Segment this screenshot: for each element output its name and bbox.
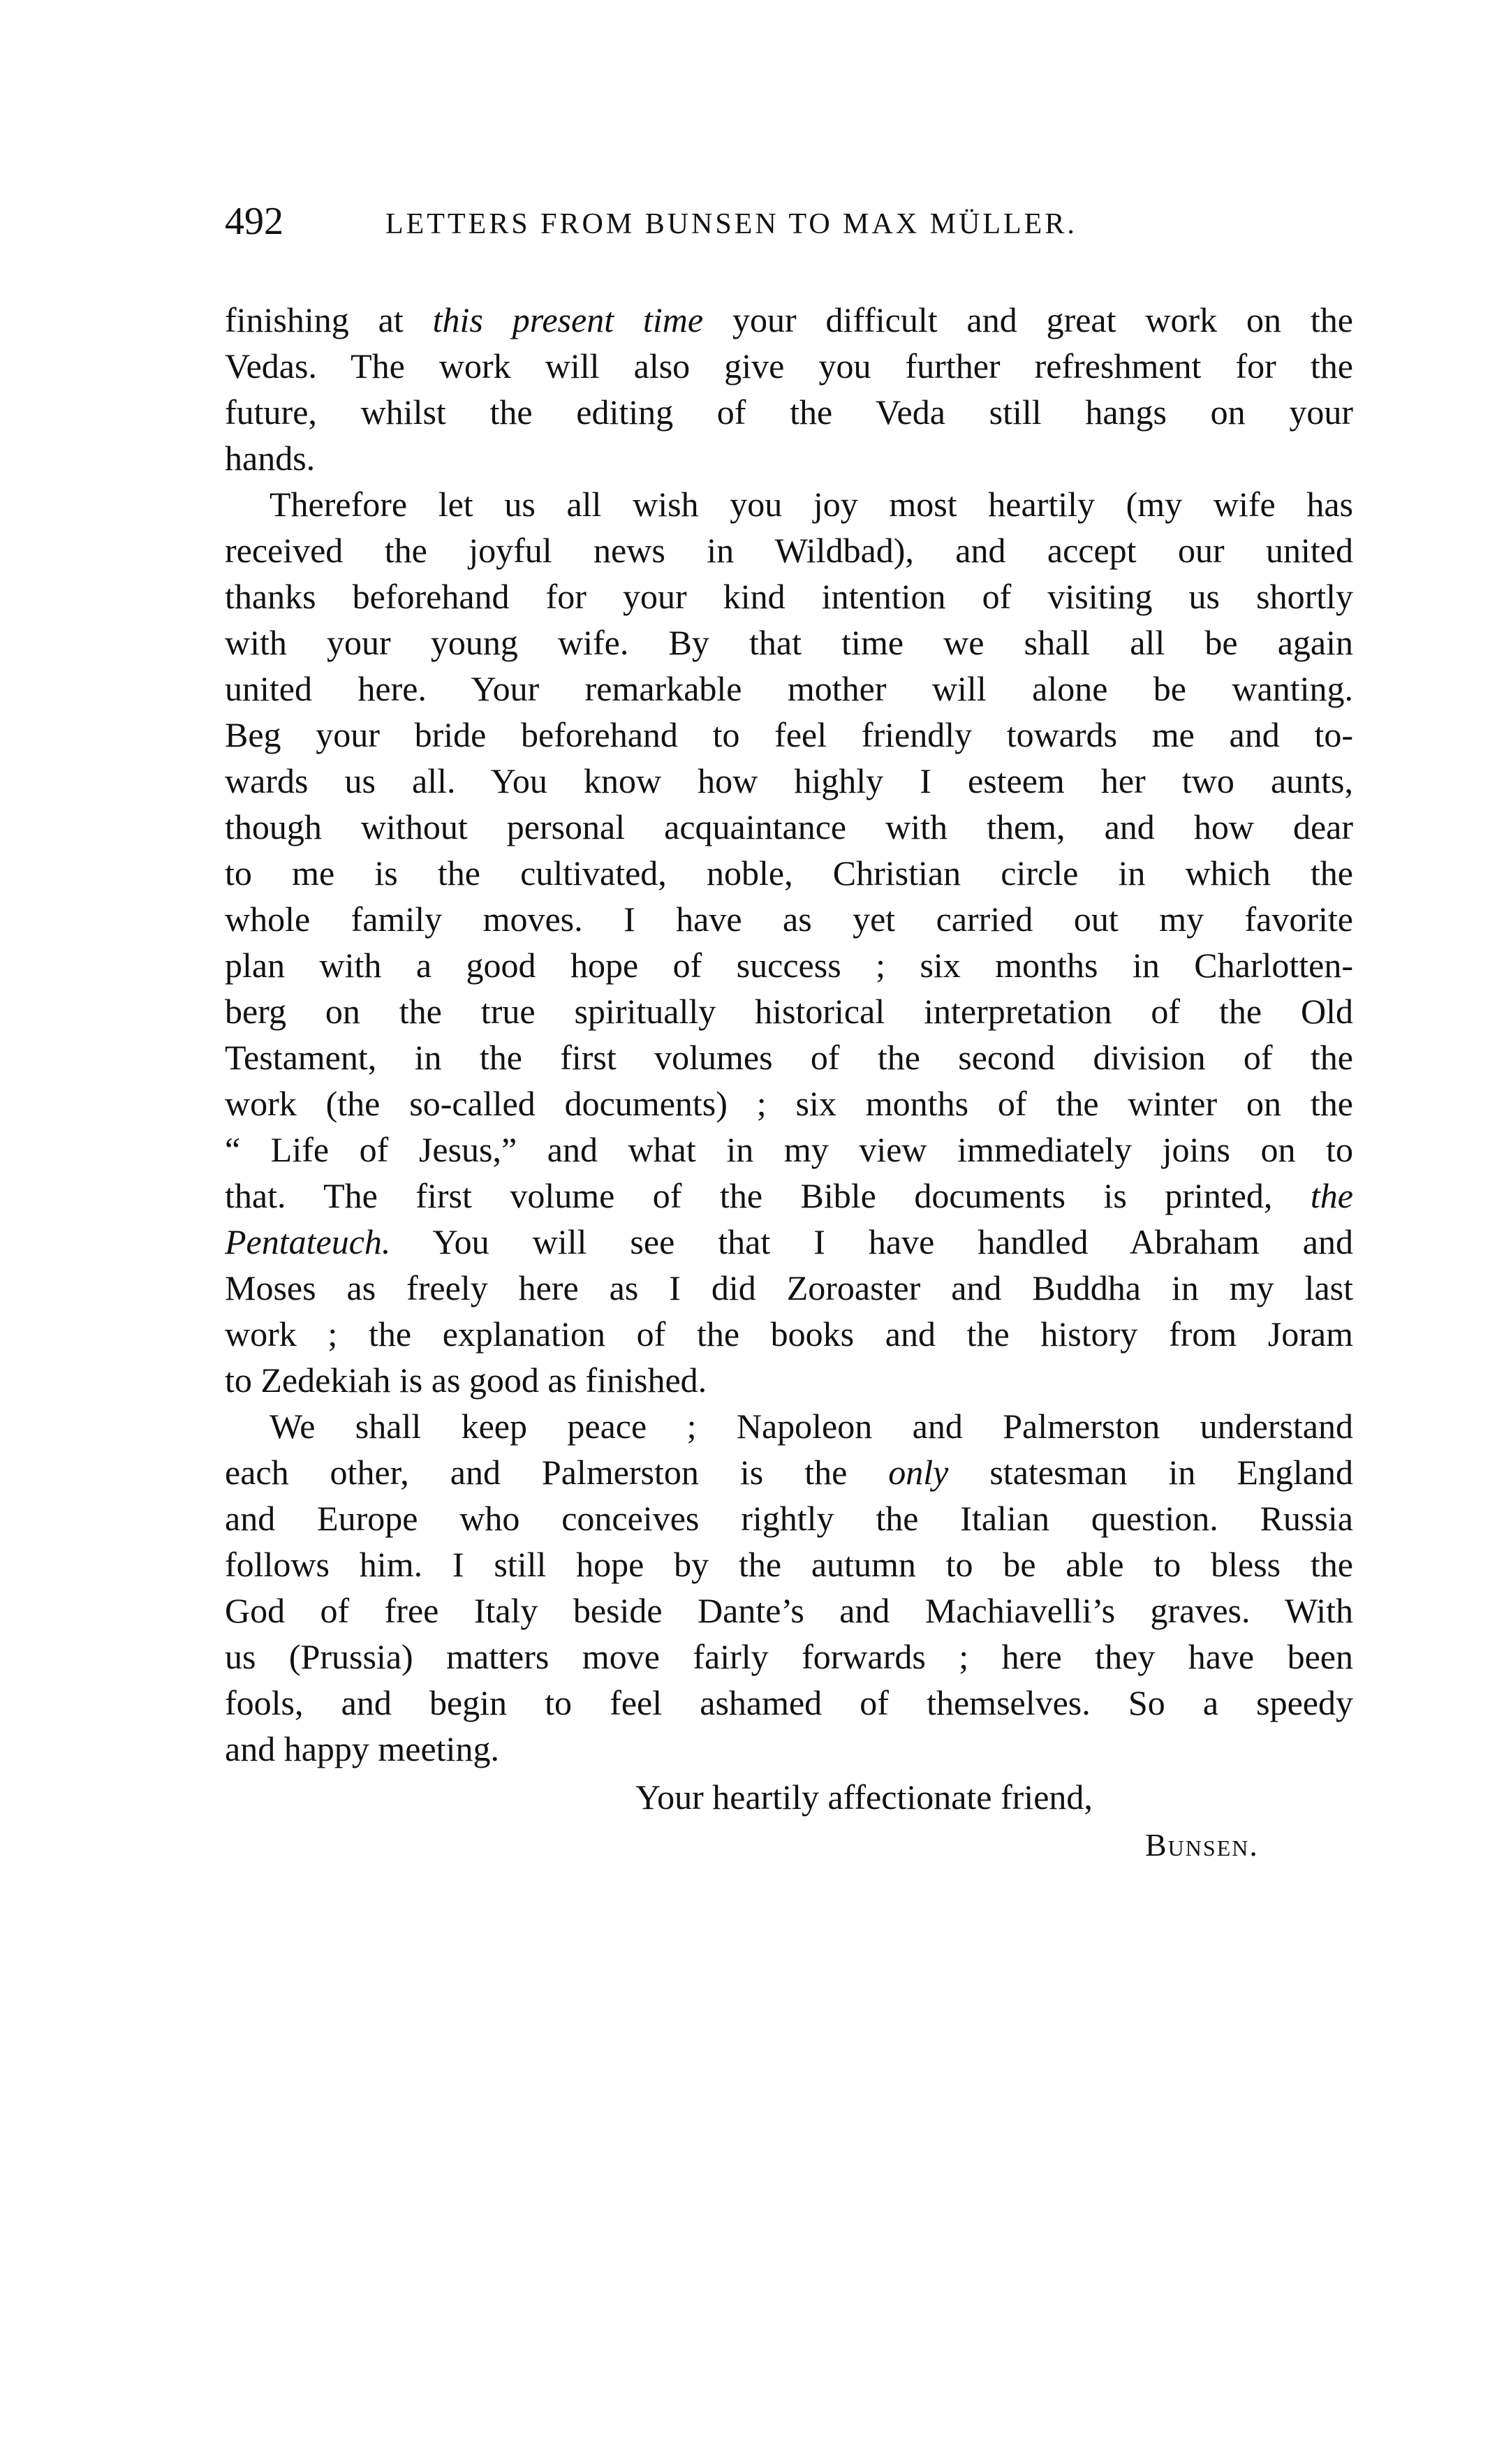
text-line: us (Prussia) matters move fairly forward…: [225, 1634, 1353, 1680]
text-line: to me is the cultivated, noble, Christia…: [225, 850, 1353, 896]
text-line: Vedas. The work will also give you furth…: [225, 343, 1353, 389]
text-segment: though without personal acquaintance wit…: [225, 807, 1353, 846]
text-line: wards us all. You know how highly I este…: [225, 758, 1353, 804]
text-line: fools, and begin to feel ashamed of them…: [225, 1680, 1353, 1726]
text-segment: God of free Italy beside Dante’s and Mac…: [225, 1591, 1353, 1630]
text-segment: Therefore let us all wish you joy most h…: [270, 485, 1353, 524]
closing-salutation: Your heartily affectionate friend,: [635, 1772, 1353, 1822]
text-line: follows him. I still hope by the autumn …: [225, 1541, 1353, 1587]
text-line: work (the so-called documents) ; six mon…: [225, 1080, 1353, 1127]
text-segment: thanks beforehand for your kind intentio…: [225, 577, 1353, 616]
text-segment: follows him. I still hope by the autumn …: [225, 1545, 1353, 1584]
text-segment: and Europe who conceives rightly the Ita…: [225, 1499, 1353, 1538]
letter-body: finishing at this present time your diff…: [225, 297, 1353, 1868]
text-line: “ Life of Jesus,” and what in my view im…: [225, 1127, 1353, 1173]
text-segment: future, whilst the editing of the Veda s…: [225, 393, 1353, 432]
text-line: berg on the true spiritually historical …: [225, 988, 1353, 1034]
text-segment: hands.: [225, 439, 315, 478]
text-line: future, whilst the editing of the Veda s…: [225, 389, 1353, 435]
text-segment: finishing at: [225, 300, 433, 339]
text-line: finishing at this present time your diff…: [225, 297, 1353, 343]
text-line: and happy meeting.: [225, 1726, 1353, 1772]
text-segment: that. The first volume of the Bible docu…: [225, 1176, 1311, 1215]
text-segment: us (Prussia) matters move fairly forward…: [225, 1637, 1353, 1676]
text-line: thanks beforehand for your kind intentio…: [225, 573, 1353, 619]
running-title: LETTERS FROM BUNSEN TO MAX MÜLLER.: [385, 207, 1077, 241]
text-segment: Vedas. The work will also give you furth…: [225, 346, 1353, 386]
text-line: Testament, in the first volumes of the s…: [225, 1034, 1353, 1080]
text-line: work ; the explanation of the books and …: [225, 1311, 1353, 1357]
text-segment: wards us all. You know how highly I este…: [225, 761, 1353, 800]
text-line: united here. Your remarkable mother will…: [225, 666, 1353, 712]
text-segment: to Zedekiah is as good as finished.: [225, 1361, 707, 1400]
text-segment: work (the so-called documents) ; six mon…: [225, 1084, 1353, 1123]
text-segment: statesman in England: [948, 1453, 1353, 1492]
text-line: Beg your bride beforehand to feel friend…: [225, 712, 1353, 758]
text-segment: received the joyful news in Wildbad), an…: [225, 531, 1353, 570]
italic-text: this present time: [433, 300, 703, 339]
text-segment: work ; the explanation of the books and …: [225, 1314, 1353, 1354]
text-segment: “ Life of Jesus,” and what in my view im…: [225, 1130, 1353, 1169]
text-line: each other, and Palmerston is the only s…: [225, 1449, 1353, 1495]
text-line: received the joyful news in Wildbad), an…: [225, 527, 1353, 573]
text-segment: to me is the cultivated, noble, Christia…: [225, 853, 1353, 893]
text-line: Moses as freely here as I did Zoroaster …: [225, 1265, 1353, 1311]
italic-text: Pentateuch.: [225, 1222, 390, 1261]
text-segment: fools, and begin to feel ashamed of them…: [225, 1683, 1353, 1722]
text-line: though without personal acquaintance wit…: [225, 804, 1353, 850]
text-line: and Europe who conceives rightly the Ita…: [225, 1495, 1353, 1541]
page-header: 492 LETTERS FROM BUNSEN TO MAX MÜLLER.: [225, 199, 1377, 255]
italic-text: only: [888, 1453, 948, 1492]
text-segment: and happy meeting.: [225, 1729, 499, 1768]
text-line: Therefore let us all wish you joy most h…: [225, 481, 1353, 527]
text-line: to Zedekiah is as good as finished.: [225, 1357, 1353, 1403]
text-segment: united here. Your remarkable mother will…: [225, 669, 1353, 708]
signature: Bunsen.: [1145, 1822, 1353, 1868]
text-line: that. The first volume of the Bible docu…: [225, 1173, 1353, 1219]
text-segment: Beg your bride beforehand to feel friend…: [225, 715, 1353, 754]
text-segment: each other, and Palmerston is the: [225, 1453, 888, 1492]
text-segment: Moses as freely here as I did Zoroaster …: [225, 1268, 1353, 1307]
text-segment: You will see that I have handled Abraham…: [390, 1222, 1353, 1261]
text-segment: whole family moves. I have as yet carrie…: [225, 900, 1353, 939]
text-line: hands.: [225, 435, 1353, 481]
text-line: with your young wife. By that time we sh…: [225, 619, 1353, 666]
text-segment: with your young wife. By that time we sh…: [225, 623, 1353, 662]
text-segment: We shall keep peace ; Napoleon and Palme…: [270, 1407, 1353, 1446]
text-line: whole family moves. I have as yet carrie…: [225, 896, 1353, 942]
text-segment: berg on the true spiritually historical …: [225, 992, 1353, 1031]
text-segment: Testament, in the first volumes of the s…: [225, 1038, 1353, 1077]
text-line: Pentateuch. You will see that I have han…: [225, 1219, 1353, 1265]
page-number: 492: [225, 199, 283, 244]
text-line: God of free Italy beside Dante’s and Mac…: [225, 1587, 1353, 1634]
text-segment: plan with a good hope of success ; six m…: [225, 946, 1353, 985]
italic-text: the: [1311, 1176, 1353, 1215]
text-segment: your difficult and great work on the: [703, 300, 1353, 339]
text-line: We shall keep peace ; Napoleon and Palme…: [225, 1403, 1353, 1449]
text-line: plan with a good hope of success ; six m…: [225, 942, 1353, 988]
